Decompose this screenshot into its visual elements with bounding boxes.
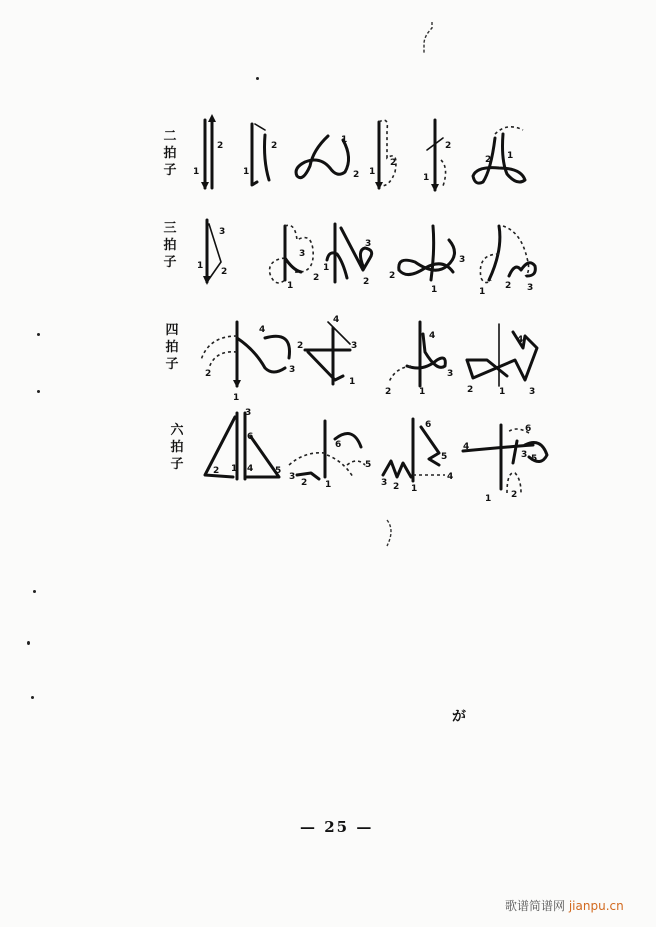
label-char: 拍 bbox=[162, 339, 182, 356]
scan-speck bbox=[37, 390, 40, 393]
svg-text:2: 2 bbox=[363, 277, 369, 287]
svg-text:1: 1 bbox=[369, 167, 375, 177]
svg-text:3: 3 bbox=[527, 283, 533, 293]
svg-text:1: 1 bbox=[507, 151, 513, 161]
svg-text:2: 2 bbox=[301, 478, 307, 488]
scan-mark-top bbox=[418, 20, 438, 60]
scan-speck bbox=[31, 696, 34, 699]
four-beat-diagrams: 1234 2341 1234 2134 bbox=[185, 310, 555, 405]
svg-text:5: 5 bbox=[275, 466, 281, 476]
svg-text:1: 1 bbox=[479, 287, 485, 297]
svg-text:1: 1 bbox=[499, 387, 505, 397]
stray-glyph: が bbox=[452, 706, 466, 726]
svg-text:4: 4 bbox=[429, 331, 435, 341]
svg-text:6: 6 bbox=[247, 432, 253, 442]
scan-speck bbox=[33, 590, 36, 593]
watermark-site-name: 歌谱简谱网 bbox=[505, 899, 565, 913]
two-beat-diagrams: 12 12 12 12 21 21 bbox=[185, 110, 555, 195]
svg-text:1: 1 bbox=[411, 484, 417, 494]
svg-text:1: 1 bbox=[423, 173, 429, 183]
three-beat-pattern-2: 123 bbox=[270, 225, 320, 291]
six-beat-pattern-3: 123456 bbox=[381, 419, 453, 494]
svg-text:3: 3 bbox=[245, 408, 251, 418]
six-beat-pattern-2: 12365 bbox=[289, 421, 371, 490]
label-char: 子 bbox=[160, 254, 180, 271]
svg-text:1: 1 bbox=[349, 377, 355, 387]
svg-text:3: 3 bbox=[289, 472, 295, 482]
watermark-domain: jianpu.cn bbox=[569, 899, 624, 913]
svg-text:4: 4 bbox=[517, 335, 523, 345]
svg-text:2: 2 bbox=[205, 369, 211, 379]
three-beat-pattern-5: 123 bbox=[479, 226, 535, 297]
label-char: 四 bbox=[162, 322, 182, 339]
scan-mark-middle bbox=[383, 518, 397, 550]
three-beat-pattern-1: 123 bbox=[197, 220, 227, 285]
label-char: 六 bbox=[167, 422, 187, 439]
four-beat-pattern-3: 1234 bbox=[385, 322, 453, 397]
two-beat-pattern-4: 12 bbox=[369, 120, 396, 190]
label-char: 拍 bbox=[167, 439, 187, 456]
svg-text:2: 2 bbox=[385, 387, 391, 397]
svg-text:3: 3 bbox=[365, 239, 371, 249]
svg-text:2: 2 bbox=[485, 155, 491, 165]
four-beat-pattern-1: 1234 bbox=[201, 322, 295, 403]
svg-text:3: 3 bbox=[219, 227, 225, 237]
svg-text:1: 1 bbox=[325, 480, 331, 490]
svg-text:6: 6 bbox=[525, 424, 531, 434]
svg-text:3: 3 bbox=[447, 369, 453, 379]
label-char: 子 bbox=[160, 162, 180, 179]
label-char: 拍 bbox=[160, 237, 180, 254]
svg-text:1: 1 bbox=[431, 285, 437, 295]
svg-text:4: 4 bbox=[463, 442, 469, 452]
svg-text:2: 2 bbox=[390, 158, 396, 168]
row-label-four-beat: 四 拍 子 bbox=[162, 322, 182, 373]
svg-text:4: 4 bbox=[247, 464, 253, 474]
label-char: 二 bbox=[160, 128, 180, 145]
four-beat-pattern-4: 2134 bbox=[467, 324, 537, 397]
svg-text:2: 2 bbox=[213, 466, 219, 476]
svg-text:1: 1 bbox=[231, 464, 237, 474]
svg-text:5: 5 bbox=[365, 460, 371, 470]
four-beat-pattern-2: 2341 bbox=[297, 315, 357, 387]
six-beat-diagrams: 214563 12365 123456 123456 bbox=[185, 405, 555, 505]
svg-text:1: 1 bbox=[243, 167, 249, 177]
scan-speck bbox=[27, 641, 30, 645]
svg-text:5: 5 bbox=[531, 454, 537, 464]
two-beat-pattern-1: 12 bbox=[193, 114, 223, 190]
svg-text:2: 2 bbox=[353, 170, 359, 180]
label-char: 子 bbox=[167, 456, 187, 473]
three-beat-pattern-3: 123 bbox=[323, 224, 372, 287]
svg-text:3: 3 bbox=[351, 341, 357, 351]
row-label-two-beat: 二 拍 子 bbox=[160, 128, 180, 179]
svg-text:1: 1 bbox=[287, 281, 293, 291]
svg-text:2: 2 bbox=[467, 385, 473, 395]
svg-text:4: 4 bbox=[259, 325, 265, 335]
scanned-page: 二 拍 子 12 12 12 12 21 bbox=[0, 0, 656, 927]
svg-text:1: 1 bbox=[341, 135, 347, 145]
svg-text:3: 3 bbox=[289, 365, 295, 375]
svg-text:1: 1 bbox=[197, 261, 203, 271]
three-beat-diagrams: 123 123 123 123 123 bbox=[185, 210, 555, 300]
row-label-three-beat: 三 拍 子 bbox=[160, 220, 180, 271]
svg-text:6: 6 bbox=[335, 440, 341, 450]
svg-text:5: 5 bbox=[441, 452, 447, 462]
svg-text:2: 2 bbox=[271, 141, 277, 151]
svg-text:6: 6 bbox=[425, 420, 431, 430]
svg-text:3: 3 bbox=[521, 450, 527, 460]
svg-text:2: 2 bbox=[445, 141, 451, 151]
six-beat-pattern-4: 123456 bbox=[463, 424, 547, 504]
scan-speck bbox=[37, 333, 40, 336]
two-beat-pattern-3: 12 bbox=[296, 135, 359, 180]
label-char: 拍 bbox=[160, 145, 180, 162]
six-beat-pattern-1: 214563 bbox=[205, 408, 281, 479]
two-beat-pattern-6: 21 bbox=[473, 127, 525, 183]
svg-text:3: 3 bbox=[381, 478, 387, 488]
svg-text:2: 2 bbox=[505, 281, 511, 291]
page-number: — 25 — bbox=[300, 818, 373, 836]
watermark: 歌谱简谱网 jianpu.cn bbox=[505, 897, 624, 914]
label-char: 三 bbox=[160, 220, 180, 237]
three-beat-pattern-4: 123 bbox=[389, 226, 465, 295]
svg-text:1: 1 bbox=[485, 494, 491, 504]
svg-text:1: 1 bbox=[193, 167, 199, 177]
svg-text:1: 1 bbox=[323, 263, 329, 273]
label-char: 子 bbox=[162, 356, 182, 373]
svg-text:1: 1 bbox=[233, 393, 239, 403]
svg-text:2: 2 bbox=[221, 267, 227, 277]
svg-text:2: 2 bbox=[297, 341, 303, 351]
two-beat-pattern-5: 21 bbox=[423, 120, 451, 192]
row-label-six-beat: 六 拍 子 bbox=[167, 422, 187, 473]
svg-text:1: 1 bbox=[419, 387, 425, 397]
svg-text:2: 2 bbox=[313, 273, 319, 283]
svg-text:2: 2 bbox=[393, 482, 399, 492]
svg-text:3: 3 bbox=[299, 249, 305, 259]
svg-text:2: 2 bbox=[217, 141, 223, 151]
svg-text:4: 4 bbox=[333, 315, 339, 325]
scan-speck bbox=[256, 77, 259, 80]
svg-text:3: 3 bbox=[459, 255, 465, 265]
svg-text:3: 3 bbox=[529, 387, 535, 397]
two-beat-pattern-2: 12 bbox=[243, 124, 277, 185]
svg-text:2: 2 bbox=[511, 490, 517, 500]
svg-text:4: 4 bbox=[447, 472, 453, 482]
svg-text:2: 2 bbox=[389, 271, 395, 281]
